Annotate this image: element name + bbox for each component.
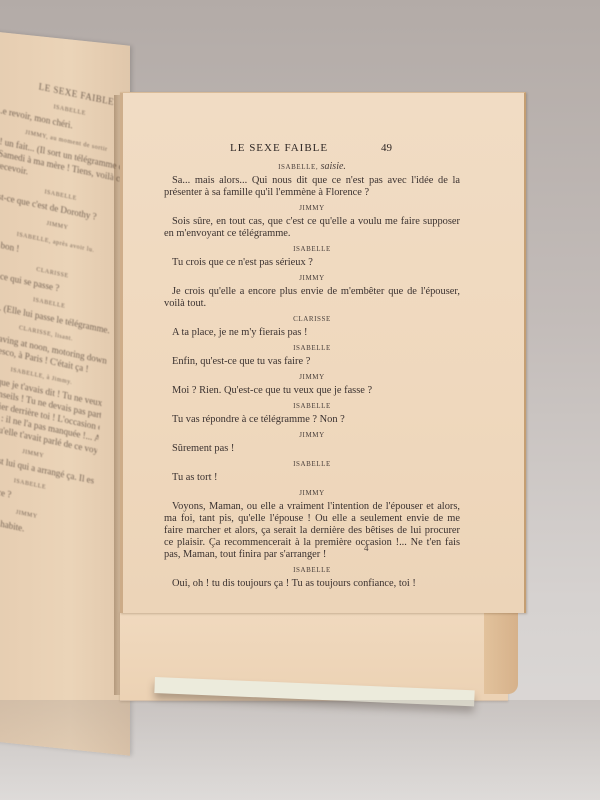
speaker-name: JIMMY [164,489,460,498]
speech-text: Sûrement pas ! [164,443,460,455]
right-page: LE SEXE FAIBLE 49 ISABELLE, saisie.Sa...… [120,92,526,613]
speaker-name: ISABELLE [164,402,460,411]
dialogue-text-block: ISABELLE, saisie.Sa... mais alors... Qui… [164,157,460,590]
speaker-label: ISABELLE [293,402,331,410]
speech-text: Tu crois que ce n'est pas sérieux ? [164,257,460,269]
speaker-label: ISABELLE, [278,163,318,171]
speaker-name: ISABELLE [164,460,460,469]
speaker-name: ISABELLE [164,344,460,353]
speaker-label: ISABELLE [293,245,331,253]
left-page-text: LE SEXE FAIBLE ISABELLE...e revoir, mon … [0,72,130,548]
speech-text: Sois sûre, en tout cas, que c'est ce qu'… [164,216,460,240]
speaker-label: JIMMY [299,431,325,439]
signature-mark: 4 [364,543,369,553]
speaker-label: ISABELLE [293,460,331,468]
speaker-name: ISABELLE [164,566,460,575]
speech-text: Tu vas répondre à ce télégramme ? Non ? [164,414,460,426]
speaker-name: ISABELLE [164,245,460,254]
speech-text: A ta place, je ne m'y fierais pas ! [164,327,460,339]
speaker-label: ISABELLE [293,344,331,352]
left-page-lines: ISABELLE...e revoir, mon chéri.JIMMY, au… [0,90,130,548]
table-shadow [0,700,600,800]
speech-text: Moi ? Rien. Qu'est-ce que tu veux que je… [164,385,460,397]
speaker-label: ISABELLE [293,566,331,574]
speech-text: Voyons, Maman, ou elle a vraiment l'inte… [164,501,460,561]
page-number: 49 [381,142,392,154]
speaker-label: JIMMY [299,204,325,212]
speaker-name: JIMMY [164,431,460,440]
stage-direction: saisie. [321,161,346,172]
speech-text: Sa... mais alors... Qui nous dit que ce … [164,175,460,199]
speaker-name: JIMMY [164,274,460,283]
speaker-label: CLARISSE [293,315,331,323]
speaker-name: CLARISSE [164,315,460,324]
running-head: LE SEXE FAIBLE [230,142,328,154]
speech-text: Enfin, qu'est-ce que tu vas faire ? [164,356,460,368]
speaker-name: JIMMY [164,373,460,382]
speaker-label: JIMMY [299,274,325,282]
page-block-edge [484,612,518,694]
book-photo: LE SEXE FAIBLE ISABELLE...e revoir, mon … [0,0,600,800]
speech-text: Je crois qu'elle a encore plus envie de … [164,286,460,310]
speaker-name: ISABELLE, saisie. [164,162,460,172]
speech-text: Oui, oh ! tu dis toujours ça ! Tu as tou… [164,578,460,590]
speaker-name: JIMMY [164,204,460,213]
left-facing-page: LE SEXE FAIBLE ISABELLE...e revoir, mon … [0,30,130,756]
speech-text: Tu as tort ! [164,472,460,484]
speaker-label: JIMMY [299,489,325,497]
speaker-label: JIMMY [299,373,325,381]
